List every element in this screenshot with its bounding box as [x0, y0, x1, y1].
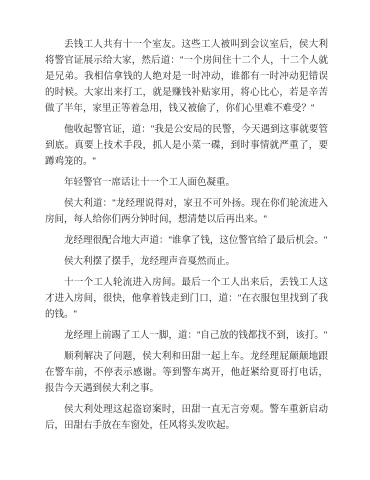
paragraph-1: 丢钱工人共有十一个室友。这些工人被叫到会议室后，侯大利将警官证展示给大家，然后道…	[45, 37, 328, 117]
paragraph-9: 顺利解决了问题，侯大利和田甜一起上车。龙经理屁颠颠地跟在警车前，不停表示感谢。等…	[45, 349, 328, 397]
paragraph-2: 他收起警官证，道："我是公安局的民警，今天遇到这事就要管到底。真要上技术手段，抓…	[45, 122, 328, 170]
paragraph-3: 年轻警官一席话让十一个工人面色凝重。	[45, 175, 328, 191]
document-page: 丢钱工人共有十一个室友。这些工人被叫到会议室后，侯大利将警官证展示给大家，然后道…	[0, 0, 370, 480]
paragraph-7: 十一个工人轮流进入房间。最后一个工人出来后，丢钱工人这才进入房间，很快，他拿着钱…	[45, 275, 328, 323]
paragraph-8: 龙经理上前踢了工人一脚，道："自己放的钱都找不到，该打。"	[45, 328, 328, 344]
paragraph-10: 侯大利处理这起盗窃案时，田甜一直无言旁观。警车重新启动后，田甜右手放在车窗处，任…	[45, 402, 328, 434]
paragraph-5: 龙经理很配合地大声道："谁拿了钱，这位警官给了最后机会。"	[45, 233, 328, 249]
text-content: 丢钱工人共有十一个室友。这些工人被叫到会议室后，侯大利将警官证展示给大家，然后道…	[45, 37, 328, 439]
paragraph-4: 侯大利道："龙经理说得对，家丑不可外扬。现在你们轮流进入房间，每人给你们两分钟时…	[45, 196, 328, 228]
paragraph-6: 侯大利摆了摆手，龙经理声音戛然而止。	[45, 254, 328, 270]
